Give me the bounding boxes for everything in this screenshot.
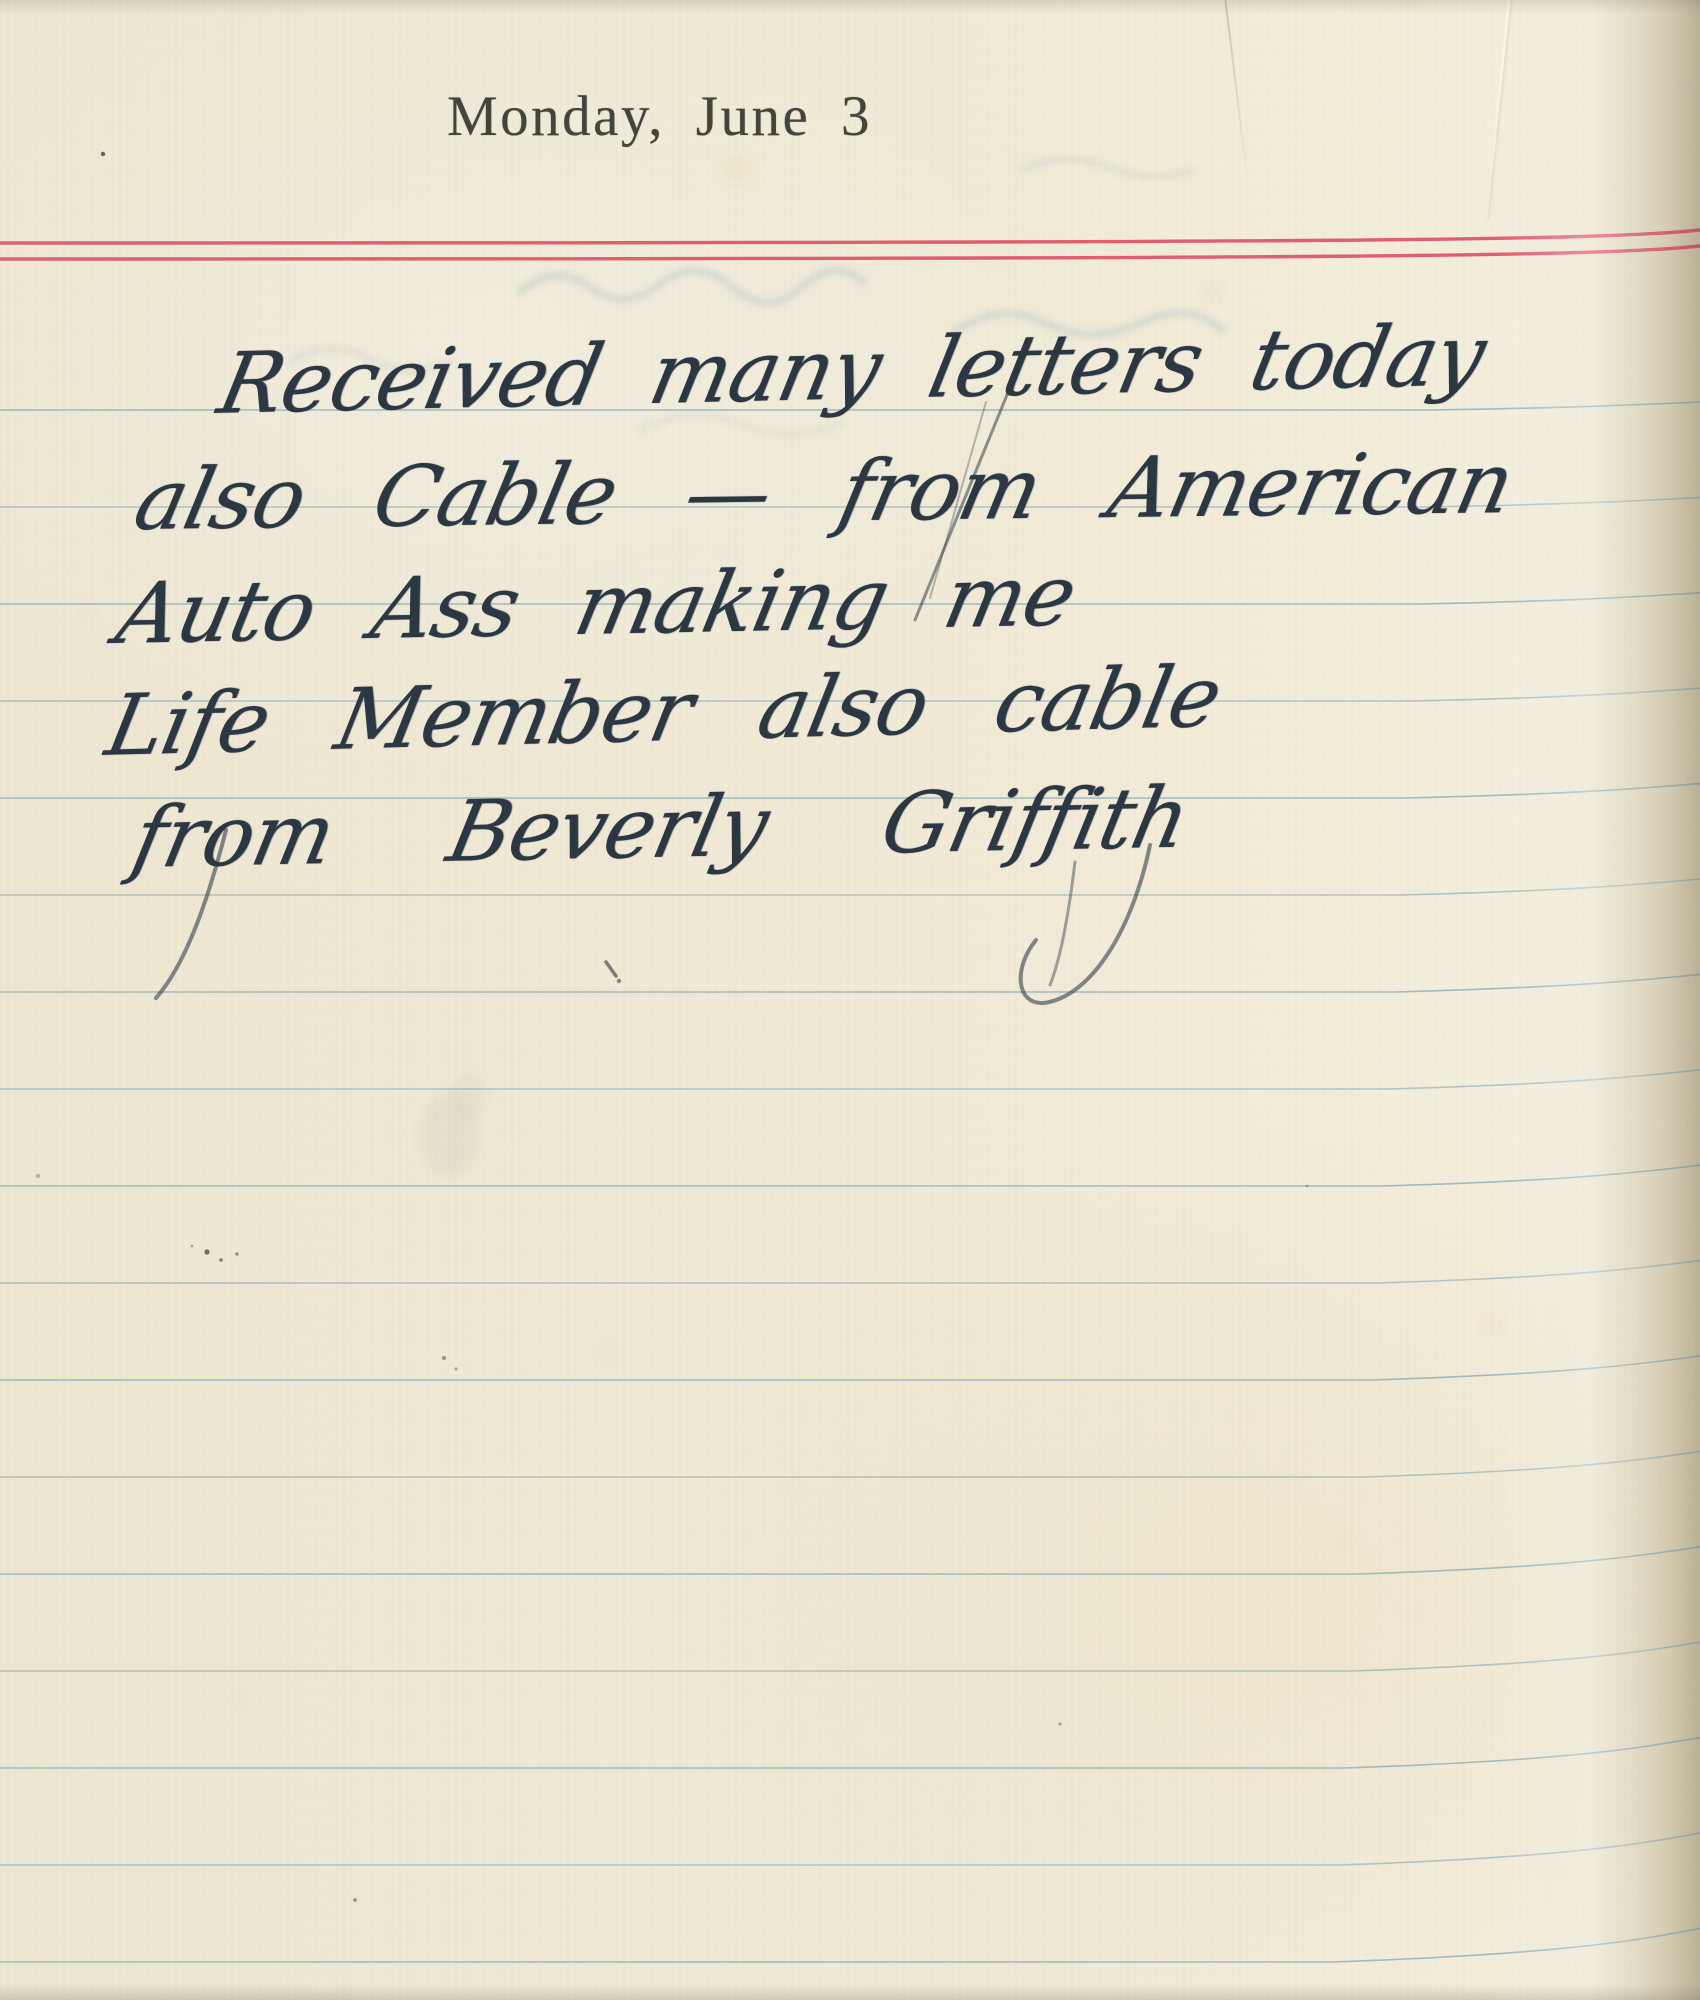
page-edge-shading xyxy=(0,0,1700,2000)
page-top-shadow xyxy=(0,0,1700,14)
page-bottom-shadow xyxy=(0,1984,1700,2000)
diary-page: Monday, June 3 Received many letters tod… xyxy=(0,0,1700,2000)
